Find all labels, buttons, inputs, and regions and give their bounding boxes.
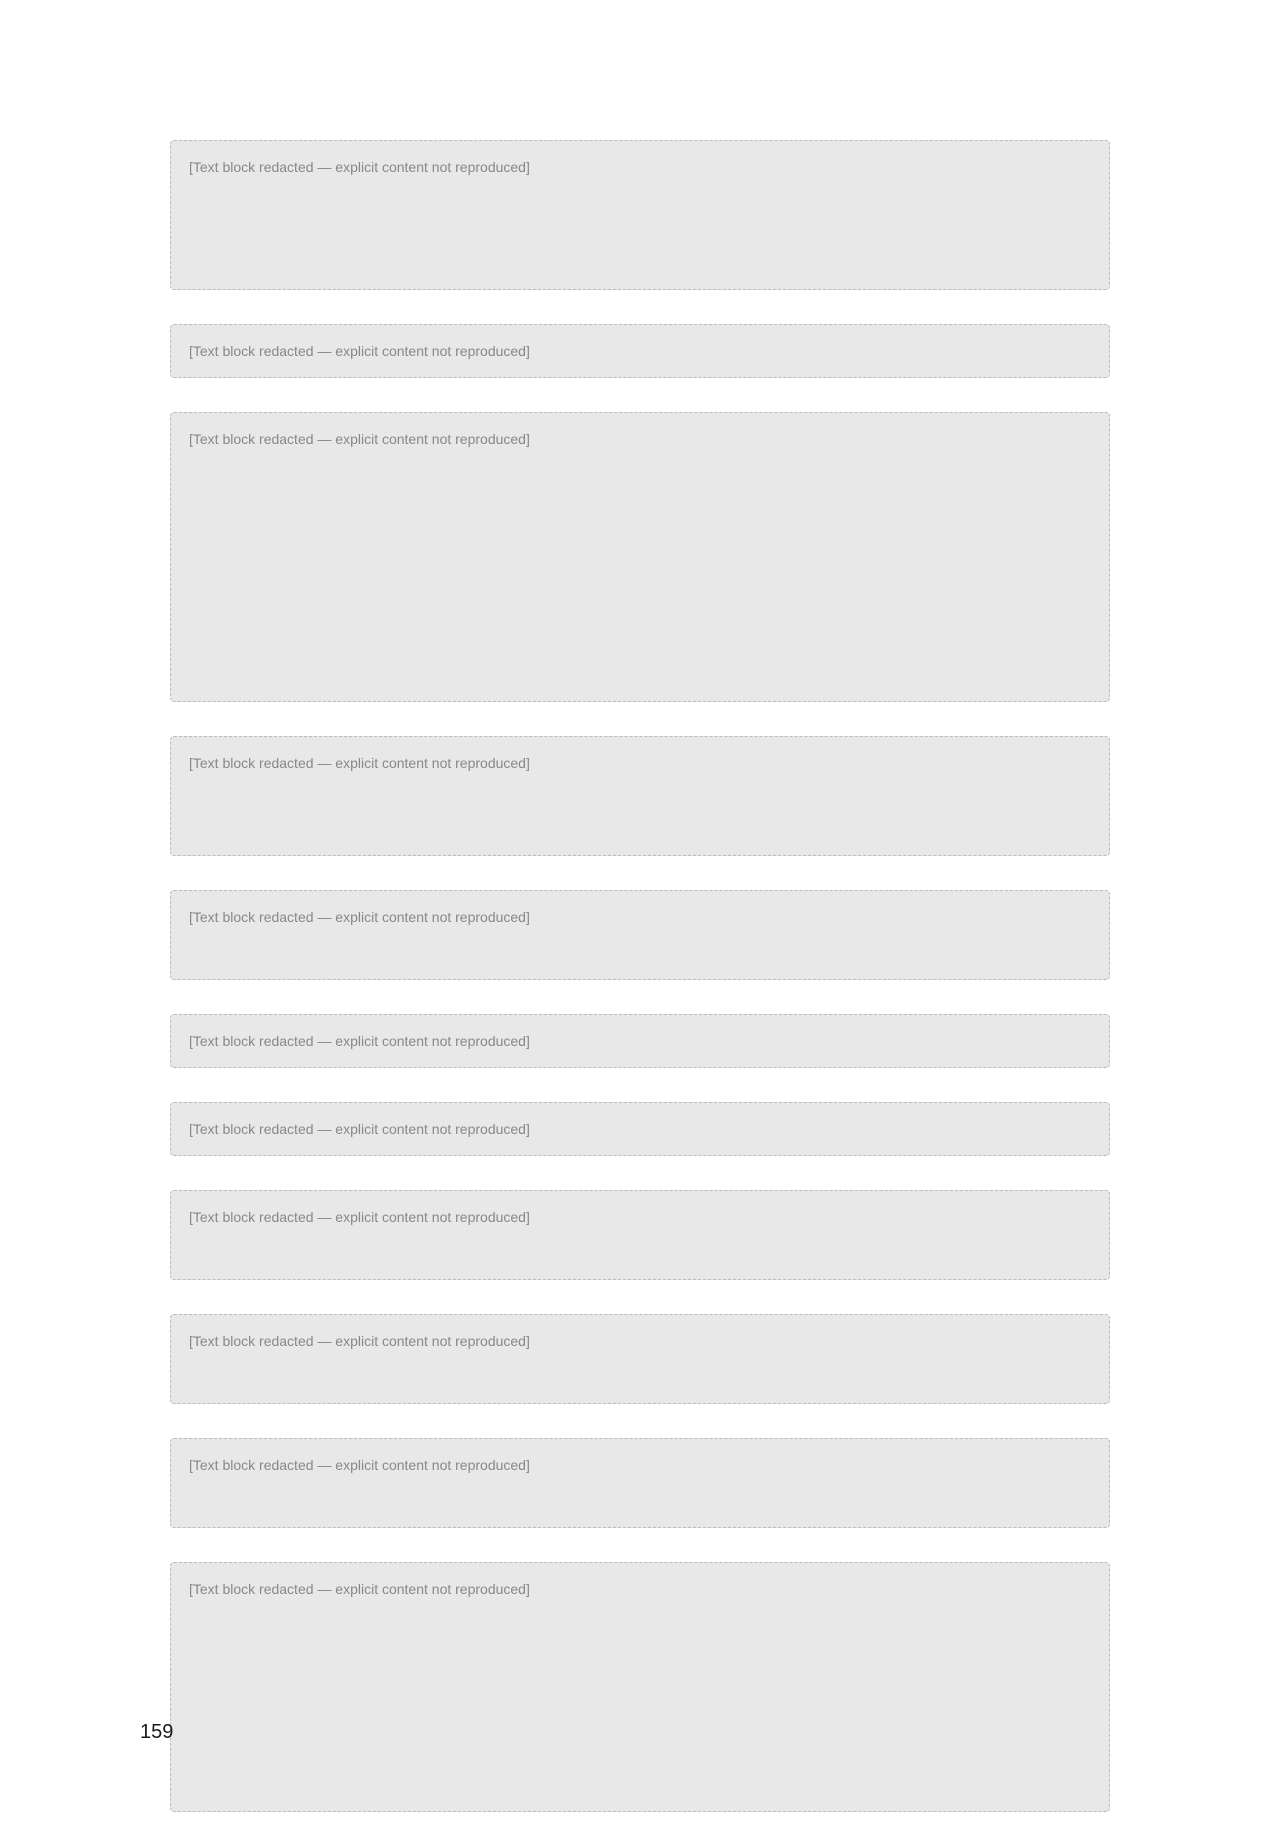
page-number: 159 — [140, 1721, 173, 1744]
redacted-paragraph: [Text block redacted — explicit content … — [170, 140, 1110, 290]
redacted-paragraph: [Text block redacted — explicit content … — [170, 1314, 1110, 1404]
redacted-paragraph: [Text block redacted — explicit content … — [170, 736, 1110, 856]
redacted-paragraph: [Text block redacted — explicit content … — [170, 1014, 1110, 1068]
redacted-paragraph: [Text block redacted — explicit content … — [170, 1190, 1110, 1280]
document-page: [Text block redacted — explicit content … — [0, 0, 1280, 1810]
redacted-paragraph: [Text block redacted — explicit content … — [170, 324, 1110, 378]
redacted-paragraph: [Text block redacted — explicit content … — [170, 412, 1110, 702]
redacted-paragraph: [Text block redacted — explicit content … — [170, 1562, 1110, 1812]
page-content: [Text block redacted — explicit content … — [170, 140, 1110, 1846]
redacted-paragraph: [Text block redacted — explicit content … — [170, 1438, 1110, 1528]
redacted-paragraph: [Text block redacted — explicit content … — [170, 890, 1110, 980]
redacted-paragraph: [Text block redacted — explicit content … — [170, 1102, 1110, 1156]
